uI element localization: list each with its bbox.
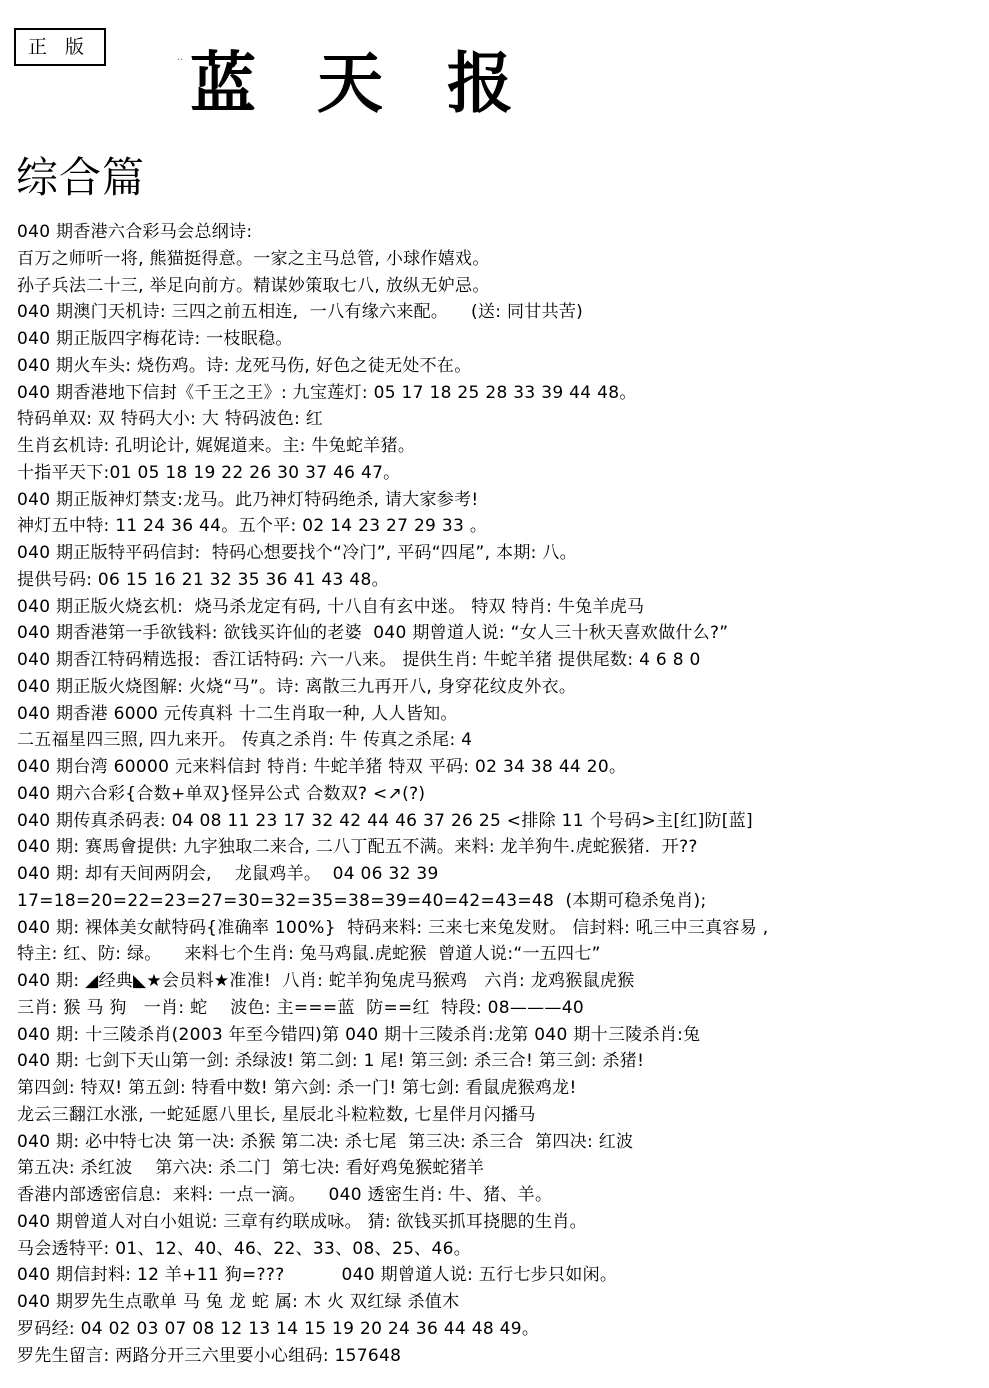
text-line: 040 期台湾 60000 元来料信封 特肖: 牛蛇羊猪 特双 平码: 02 3… <box>17 754 987 781</box>
text-line: 040 期正版火烧玄机: 烧马杀龙定有码, 十八自有玄中迷。 特双 特肖: 牛兔… <box>17 594 987 621</box>
text-line: 040 期曾道人对白小姐说: 三章有约联成咏。 猜: 欲钱买抓耳挠腮的生肖。 <box>17 1209 987 1236</box>
text-line: 马会透特平: 01、12、40、46、22、33、08、25、46。 <box>17 1236 987 1263</box>
text-line: 040 期: 七剑下天山第一剑: 杀绿波! 第二剑: 1 尾! 第三剑: 杀三合… <box>17 1048 987 1075</box>
text-line: 第五决: 杀红波 第六决: 杀二门 第七决: 看好鸡兔猴蛇猪羊 <box>17 1155 987 1182</box>
text-line: 二五福星四三照, 四九来开。 传真之杀肖: 牛 传真之杀尾: 4 <box>17 727 987 754</box>
text-line: 罗先生留言: 两路分开三六里要小心组码: 157648 <box>17 1343 987 1370</box>
text-line: 040 期香江特码精选报: 香江话特码: 六一八来。 提供生肖: 牛蛇羊猪 提供… <box>17 647 987 674</box>
text-line: 040 期: 赛馬會提供: 九字独取二来合, 二八丁配五不满。来料: 龙羊狗牛.… <box>17 834 987 861</box>
text-line: 040 期香港地下信封《千王之王》: 九宝莲灯: 05 17 18 25 28 … <box>17 380 987 407</box>
text-line: 生肖玄机诗: 孔明论计, 娓娓道来。主: 牛兔蛇羊猪。 <box>17 433 987 460</box>
text-line: 特主: 红、防: 绿。 来料七个生肖: 兔马鸡鼠.虎蛇猴 曾道人说:“一五四七” <box>17 941 987 968</box>
text-line: 三肖: 猴 马 狗 一肖: 蛇 波色: 主===蓝 防==红 特段: 08———… <box>17 995 987 1022</box>
text-line: 17=18=20=22=23=27=30=32=35=38=39=40=42=4… <box>17 888 987 915</box>
text-line: 040 期火车头: 烧伤鸡。诗: 龙死马伤, 好色之徒无处不在。 <box>17 353 987 380</box>
text-line: 040 期正版神灯禁支:龙马。此乃神灯特码绝杀, 请大家参考! <box>17 487 987 514</box>
text-line: 040 期: 却有天间两阴会, 龙鼠鸡羊。 04 06 32 39 <box>17 861 987 888</box>
masthead-char-3: 报 <box>447 38 513 128</box>
text-line: 百万之师听一将, 熊猫挺得意。一家之主马总管, 小球作嬉戏。 <box>17 246 987 273</box>
masthead-char-2: 天 <box>317 38 383 128</box>
text-line: 龙云三翻江水涨, 一蛇延愿八里长, 星辰北斗粒粒数, 七星伴月闪播马 <box>17 1102 987 1129</box>
text-line: 040 期: 十三陵杀肖(2003 年至今错四)第 040 期十三陵杀肖:龙第 … <box>17 1022 987 1049</box>
text-line: 第四剑: 特双! 第五剑: 特看中数! 第六剑: 杀一门! 第七剑: 看鼠虎猴鸡… <box>17 1075 987 1102</box>
text-line: 特码单双: 双 特码大小: 大 特码波色: 红 <box>17 406 987 433</box>
article-body: 040 期香港六合彩马会总纲诗: 百万之师听一将, 熊猫挺得意。一家之主马总管,… <box>17 219 987 1369</box>
text-line: 十指平天下:01 05 18 19 22 26 30 37 46 47。 <box>17 460 987 487</box>
text-line: 040 期信封料: 12 羊+11 狗=??? 040 期曾道人说: 五行七步只… <box>17 1262 987 1289</box>
text-line: 罗码经: 04 02 03 07 08 12 13 14 15 19 20 24… <box>17 1316 987 1343</box>
section-title: 综合篇 <box>16 148 145 208</box>
text-line: 040 期香港第一手欲钱料: 欲钱买许仙的老婆 040 期曾道人说: “女人三十… <box>17 620 987 647</box>
text-line: 040 期正版特平码信封: 特码心想要找个“冷门”, 平码“四尾”, 本期: 八… <box>17 540 987 567</box>
text-line: 040 期: ◢经典◣★会员料★准准! 八肖: 蛇羊狗兔虎马猴鸡 六肖: 龙鸡猴… <box>17 968 987 995</box>
text-line: 040 期罗先生点歌单 马 兔 龙 蛇 属: 木 火 双红绿 杀值木 <box>17 1289 987 1316</box>
text-line: 040 期: 裸体美女献特码{准确率 100%} 特码来料: 三来七来兔发财。 … <box>17 915 987 942</box>
text-line: 040 期香港六合彩马会总纲诗: <box>17 219 987 246</box>
text-line: 040 期传真杀码表: 04 08 11 23 17 32 42 44 46 3… <box>17 808 987 835</box>
text-line: 040 期正版四字梅花诗: 一枝眠稳。 <box>17 326 987 353</box>
text-line: 香港内部透密信息: 来料: 一点一滴。 040 透密生肖: 牛、猪、羊。 <box>17 1182 987 1209</box>
text-line: 提供号码: 06 15 16 21 32 35 36 41 43 48。 <box>17 567 987 594</box>
masthead-title: 蓝 天 报 <box>0 38 989 128</box>
text-line: 040 期正版火烧图解: 火烧“马”。诗: 离散三九再开八, 身穿花纹皮外衣。 <box>17 674 987 701</box>
text-line: 040 期: 必中特七决 第一决: 杀猴 第二决: 杀七尾 第三决: 杀三合 第… <box>17 1129 987 1156</box>
text-line: 孙子兵法二十三, 举足向前方。精谋妙策取七八, 放纵无妒忌。 <box>17 273 987 300</box>
text-line: 040 期香港 6000 元传真料 十二生肖取一种, 人人皆知。 <box>17 701 987 728</box>
text-line: 040 期六合彩{合数+单双}怪异公式 合数双? <↗(?) <box>17 781 987 808</box>
text-line: 040 期澳门天机诗: 三四之前五相连, 一八有缘六来配。 (送: 同甘共苦) <box>17 299 987 326</box>
masthead-char-1: 蓝 <box>190 38 256 128</box>
text-line: 神灯五中特: 11 24 36 44。五个平: 02 14 23 27 29 3… <box>17 513 987 540</box>
